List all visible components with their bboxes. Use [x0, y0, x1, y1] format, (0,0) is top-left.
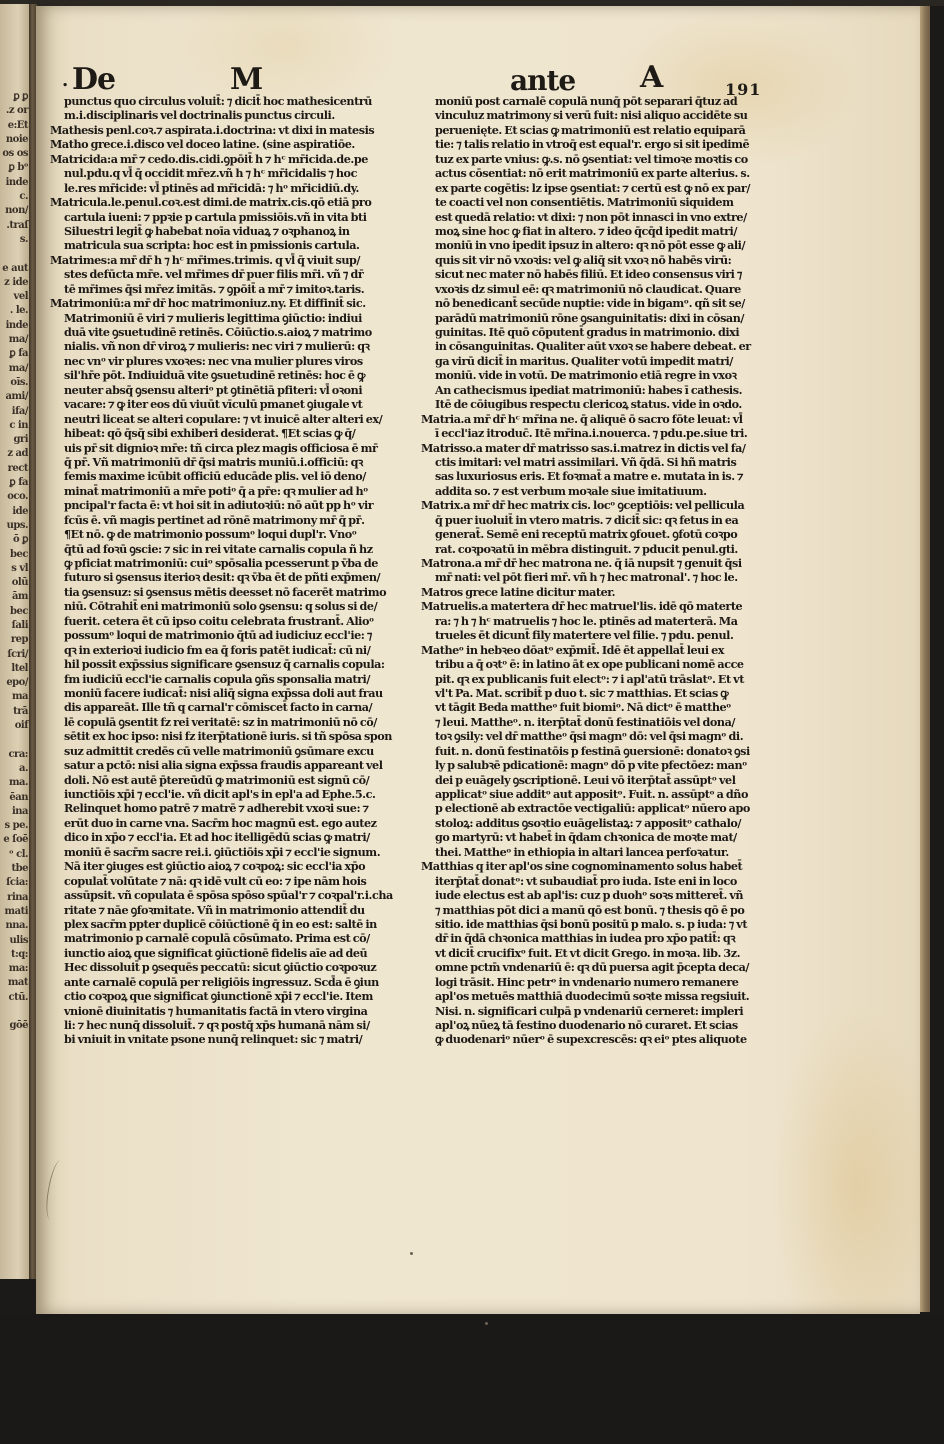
text-line: sicut nec mater nō habēs filiū. Et ideo … — [427, 267, 795, 281]
text-line: hibeat: qō q̄sq̄ sibi exhiberi desiderat… — [56, 426, 408, 440]
text-line: suz admittit credēs cū velle matrimoniū … — [56, 744, 408, 758]
previous-page-text-fragment: s vl — [0, 562, 28, 576]
text-line: Matruelis.a matertera dr̄ hec matruel'li… — [421, 599, 795, 613]
text-line: matricula sua scripta: hoc est in pmissi… — [56, 238, 408, 252]
text-line: dr̄ in q̄dā chꝛonica matthias in iudea p… — [427, 931, 795, 945]
text-line: doli. Nō est autē p̄tereūdū ꝙ matrimoniū… — [56, 773, 408, 787]
text-line: tribu a q̄ oꝛtᵒ ē: in latino āt ex ope p… — [427, 657, 795, 671]
previous-page-text-fragment: olū — [0, 576, 28, 590]
previous-page-text-fragment: nna. — [0, 919, 28, 933]
previous-page-text-fragment: s. — [0, 233, 28, 247]
text-line: Nā iter ꝯiuges est ꝯiūctio aioꝝ ⁊ coꝛpoꝝ… — [56, 859, 408, 873]
text-line: femis maxime icūbit officiū educāde plis… — [56, 469, 408, 483]
text-line: ga virū dicit̄ in maritus. Qualiter votū… — [427, 354, 795, 368]
previous-page-text-fragment: s pe. — [0, 819, 28, 833]
previous-page-text-fragment: noie — [0, 133, 28, 147]
text-line: ctio coꝛpoꝝ que significat ꝯiunctionē xp… — [56, 989, 408, 1003]
text-line: ⁊ leui. Mattheᵒ. n. iterp̄tat̄ donū fest… — [427, 715, 795, 729]
page-fore-edge — [920, 6, 930, 1312]
previous-page-text-fragment: non/ — [0, 204, 28, 218]
text-line: matrimonio p carnalē copulā cōsūmato. Pr… — [56, 931, 408, 945]
text-line: ante carnalē copulā per religiōis ingres… — [56, 975, 408, 989]
previous-page-text-fragment: oif — [0, 719, 28, 733]
scan-bottom-background — [0, 1314, 944, 1444]
text-line: ex parte cogētis: lz ipse ꝯsentiat: ⁊ ce… — [427, 181, 795, 195]
text-line: lē copulā ꝯsentit fz rei veritatē: sz in… — [56, 715, 408, 729]
previous-page-text-fragment: ꝑ ꝑ — [0, 90, 28, 104]
text-line: vinculuz matrimony si verū fuit: nisi al… — [427, 108, 795, 122]
text-line: moniū. vide in votū. De matrimonio etiā … — [427, 368, 795, 382]
text-line: Matho grece.i.disco vel doceo latine. (s… — [50, 137, 408, 151]
text-line: ra: ⁊ h ⁊ hᶜ matruelis ⁊ hoc le. ptinēs … — [427, 614, 795, 628]
previous-page-text-fragment: ltel — [0, 662, 28, 676]
previous-page-text-fragment — [0, 733, 28, 747]
text-line: minat̄ matrimoniū a mr̄e potiᵒ q̄ a pr̄e… — [56, 484, 408, 498]
text-line: Matrisso.a mater dr̄ matrisso sas.i.matr… — [421, 441, 795, 455]
text-line: est quedā relatio: vt dixi: ⁊ non pōt in… — [427, 210, 795, 224]
text-line: q̄tū ad foꝛū ꝯscie: ⁊ sic in rei vitate … — [56, 542, 408, 556]
text-line: nul.pdu.q vl̄ q̄ occidit mr̄ez.vñ h ⁊ hᶜ… — [56, 166, 408, 180]
text-line: stes defūcta mr̄e. vel mr̄imes dr̄ puer … — [56, 267, 408, 281]
text-line: vl't Pa. Mat. scribit̄ p duo t. sic ⁊ ma… — [427, 686, 795, 700]
text-line: ¶Et nō. ꝙ de matrimonio possumᵒ loqui du… — [56, 527, 408, 541]
text-line: duā vite ꝯsuetudinē retinēs. Cōiūctio.s.… — [56, 325, 408, 339]
previous-page-text-fragment: bec — [0, 605, 28, 619]
text-line: nec vnᵒ vir plures vxoꝛes: nec vna mulie… — [56, 354, 408, 368]
previous-page-text-fragment: gri — [0, 433, 28, 447]
previous-page-text-fragment: ām — [0, 590, 28, 604]
paper-speck — [410, 1252, 413, 1255]
previous-page-margin: ꝑ ꝑ.z ore:Etnoieos osꝑ bᵒindec.non/.traſ… — [0, 4, 30, 1279]
previous-page-text-fragment: mat — [0, 976, 28, 990]
previous-page-text-fragment: os os — [0, 147, 28, 161]
text-line: Matria.a mr̄ dr̄ hᶜ mr̄ina ne. q̄ aliquē… — [421, 412, 795, 426]
text-line: hil possit exp̄ssius significare ꝯsensuz… — [56, 657, 408, 671]
previous-page-text-fragment: ifa/ — [0, 405, 28, 419]
running-header-right-letter: A — [640, 60, 662, 95]
previous-page-text-fragment: ſali — [0, 619, 28, 633]
text-line: satur a pctō: nisi alia signa exp̄ssa fr… — [56, 758, 408, 772]
text-line: iterp̄tat̄ donatᵒ: vt subaudiat̄ pro iud… — [427, 874, 795, 888]
text-line: iunctio aioꝝ que significat ꝯiūctionē fi… — [56, 946, 408, 960]
paper-speck — [485, 1322, 488, 1325]
text-line: go martyrū: vt habet̄ in q̄dam chꝛonica … — [427, 830, 795, 844]
previous-page-text-fragment: ꝑ fa — [0, 476, 28, 490]
previous-page-text-fragment: z ad — [0, 447, 28, 461]
text-line: ꝙ duodenariᵒ nūerᵒ ē supexcrescēs: qꝛ ei… — [427, 1032, 795, 1046]
previous-page-text-fragment: ꝑ fa — [0, 347, 28, 361]
text-line: le.res mr̄icide: vl̄ ptinēs ad mr̄icidā:… — [56, 181, 408, 195]
text-line: q̄ pr̄. Vñ matrimoniū dr̄ q̄si matris mu… — [56, 455, 408, 469]
text-line: moniū ē sacr̄m sacre rei.i. ꝯiūctiōis xp… — [56, 845, 408, 859]
text-line: iude electus est ab apl'is: cuz p duohᵒ … — [427, 888, 795, 902]
previous-page-text-fragment: vel — [0, 290, 28, 304]
previous-page-text-fragment: .traſ — [0, 219, 28, 233]
text-line: apl'os metuēs matthiā duodecimū soꝛte mi… — [427, 989, 795, 1003]
previous-page-text-fragment: ꝑ bᵒ — [0, 161, 28, 175]
text-column-left: punctus quo circulus voluit̄: ⁊ dicit̄ h… — [56, 94, 408, 1047]
previous-page-text-fragment: ma. — [0, 776, 28, 790]
scanned-book-page: ꝑ ꝑ.z ore:Etnoieos osꝑ bᵒindec.non/.traſ… — [0, 0, 944, 1444]
text-line: neuter absq̄ ꝯsensu alteriᵒ pt ꝯtinētiā … — [56, 383, 408, 397]
previous-page-text-fragment: rect — [0, 462, 28, 476]
text-line: toꝛ ꝯsily: vel dr̄ mattheᵒ q̄si magnᵒ dō… — [427, 729, 795, 743]
text-line: peruenięte. Et scias ꝙ matrimoniū est re… — [427, 123, 795, 137]
previous-page-text-fragment: gōē — [0, 1019, 28, 1033]
text-line: parādū matrimoniū rōne ꝯsanguinitatis: d… — [427, 311, 795, 325]
previous-page-text-fragment: ina — [0, 805, 28, 819]
previous-page-text-fragment: z ide — [0, 276, 28, 290]
text-line: ly p salubꝛē pdicationē: magnᵒ dō p vite… — [427, 758, 795, 772]
previous-page-text-fragment: bec — [0, 548, 28, 562]
previous-page-text-fragment: tbe — [0, 862, 28, 876]
previous-page-text-fragment: e ſoē — [0, 833, 28, 847]
text-line: Matros grece latine dicitur mater. — [421, 585, 795, 599]
text-line: Siluestri legit̄ ꝙ habebat noīa viduaꝝ ⁊… — [56, 224, 408, 238]
previous-page-text-fragment: e aut — [0, 262, 28, 276]
text-line: li: ⁊ hec nunq̄ dissoluit̄. ⁊ qꝛ postq̄ … — [56, 1018, 408, 1032]
text-line: mr̄ nati: vel pōt fieri mr̄. vñ h ⁊ hec … — [427, 570, 795, 584]
previous-page-text-fragment: mati — [0, 905, 28, 919]
text-line: bi vniuit in vnitate psone nunq̄ relinqu… — [56, 1032, 408, 1046]
text-line: punctus quo circulus voluit̄: ⁊ dicit̄ h… — [56, 94, 408, 108]
previous-page-text-fragment: e:Et — [0, 119, 28, 133]
text-line: thei. Mattheᵒ in ethiopia in altari lanc… — [427, 845, 795, 859]
previous-page-text-fragment: ups. — [0, 519, 28, 533]
previous-page-text-fragment: cra: — [0, 748, 28, 762]
text-line: q̄ puer iuoluit̄ in vtero matris. ⁊ dici… — [427, 513, 795, 527]
text-line: in cōsanguinitas. Qualiter aūt vxoꝛ se h… — [427, 339, 795, 353]
text-line: addita so. ⁊ est verbum moꝛale siue imit… — [427, 484, 795, 498]
text-line: trueles ēt dicunt̄ fily matertere vel fi… — [427, 628, 795, 642]
text-line: cartula iueni: ⁊ ppꝛie p cartula pmissiō… — [56, 210, 408, 224]
previous-page-text-fragment — [0, 1005, 28, 1019]
previous-page-text-fragment: rep — [0, 633, 28, 647]
text-line: generat̄. Semē eni receptū matrix ꝯfouet… — [427, 527, 795, 541]
previous-page-text-fragment: inde — [0, 176, 28, 190]
text-line: p electionē ab extractōe vectigaliū: app… — [427, 801, 795, 815]
text-line: iunctiōis xp̄i ⁊ eccl'ie. vñ dicit apl's… — [56, 787, 408, 801]
text-line: apl'oꝝ nūeꝝ tā festino duodenario nō cur… — [427, 1018, 795, 1032]
text-line: quis sit vir nō vxoꝛis: vel ꝙ aliq̄ sit … — [427, 253, 795, 267]
previous-page-text-fragment: ma/ — [0, 333, 28, 347]
previous-page-text-fragment: ide — [0, 505, 28, 519]
text-line: uis pr̄ sit dignioꝛ mr̄e: tñ circa plez … — [56, 441, 408, 455]
text-line: tie: ⁊ talis relatio in vtroq̄ est equal… — [427, 137, 795, 151]
text-line: logi trāsit. Hinc petrᵒ in vndenario num… — [427, 975, 795, 989]
text-line: vacare: ⁊ ꝙ iter eos dū viuūt vīculū pma… — [56, 397, 408, 411]
text-line: futuro si ꝯsensus iterioꝛ desit: qꝛ v̄ba… — [56, 570, 408, 584]
text-line: rat. coꝛpoꝛatū in mēbra distinguit. ⁊ pd… — [427, 542, 795, 556]
previous-page-text-fragment: trā — [0, 705, 28, 719]
previous-page-text-fragment: inde — [0, 319, 28, 333]
text-line: vt dicit̄ crucifixᵒ fuit. Et vt dicit Gr… — [427, 946, 795, 960]
previous-page-text-fragment: a. — [0, 762, 28, 776]
text-line: tē mr̄imes q̄si mr̄ez imitās. ⁊ ꝯpōit̄ a… — [56, 282, 408, 296]
text-line: nō benedicant̄ secūde nuptie: vide in bi… — [427, 296, 795, 310]
text-line: tia ꝯsensuz: si ꝯsensus mētis deesset nō… — [56, 585, 408, 599]
text-line: moniū post carnalē copulā nunq̄ pōt sepa… — [427, 94, 795, 108]
text-line: guinitas. Itē quō cōputent̄ gradus in ma… — [427, 325, 795, 339]
previous-page-text-fragment: rina — [0, 891, 28, 905]
previous-page-text-fragment: ami/ — [0, 390, 28, 404]
text-line: neutri liceat se alteri copulare: ⁊ vt i… — [56, 412, 408, 426]
text-line: qꝛ in exterioꝛi iudicio fm ea q̄ foris p… — [56, 643, 408, 657]
header-dot: . — [62, 70, 67, 91]
text-line: dico in xp̄o ⁊ eccl'ia. Et ad hoc itelli… — [56, 830, 408, 844]
text-line: Matricida:a mr̄ ⁊ cedo.dis.cidi.ꝯpōit̄ h… — [50, 152, 408, 166]
text-line: sētit ex hoc ipso: nisi fz iterp̄tationē… — [56, 729, 408, 743]
text-line: dei p euāgely ꝯscriptionē. Leui vō iterp… — [427, 773, 795, 787]
text-line: sil'hr̄e pōt. Indiuiduā vite ꝯsuetudinē … — [56, 368, 408, 382]
text-line: te coacti vel non consentiētis. Matrimon… — [427, 195, 795, 209]
text-line: moniū facere iudicat̄: nisi aliq̄ signa … — [56, 686, 408, 700]
text-line: moniū in vno ipedit ipsuz in altero: qꝛ … — [427, 238, 795, 252]
text-line: possumᵒ loqui de matrimonio q̄tū ad iudi… — [56, 628, 408, 642]
text-line: Matrix.a mr̄ dr̄ hec matrix cis. locᵒ ꝯc… — [421, 498, 795, 512]
text-line: copulat̄ volūtate ⁊ nā: qꝛ idē vult cū e… — [56, 874, 408, 888]
text-line: erūt duo in carne vna. Sacr̄m hoc magnū … — [56, 816, 408, 830]
previous-page-text-fragment: ſcri/ — [0, 648, 28, 662]
text-line: sas luxuriosus eris. Et foꝛmat̄ a matre … — [427, 469, 795, 483]
text-line: fcūs ē. vñ magis pertinet ad rōnē matrim… — [56, 513, 408, 527]
text-line: ⁊ matthias pōt dici a manū qō est bonū. … — [427, 903, 795, 917]
text-line: vnionē diuinitatis ⁊ humanitatis factā i… — [56, 1004, 408, 1018]
text-line: tuz ex parte vnius: ꝙ.s. nō ꝯsentiat: ve… — [427, 152, 795, 166]
previous-page-text-fragment — [0, 247, 28, 261]
text-line: ꝙ pficiat matrimoniū: cuiᵒ spōsalia pces… — [56, 556, 408, 570]
text-line: Relinquet homo patrē ⁊ matrē ⁊ adherebit… — [56, 801, 408, 815]
text-line: Itē de cōiugibus respectu clericoꝝ statu… — [427, 397, 795, 411]
text-line: Hec dissoluit̄ p ꝯsequēs peccatū: sicut … — [56, 960, 408, 974]
text-line: Matthias q iter apl'os sine cognominamen… — [421, 859, 795, 873]
previous-page-text-fragment: . le. — [0, 304, 28, 318]
text-line: Matricula.le.penul.coꝛ.est dimi.de matri… — [50, 195, 408, 209]
text-line: Matrimes:a mr̄ dr̄ h ⁊ hᶜ mr̄imes.trimis… — [50, 253, 408, 267]
text-line: m.i.disciplinaris vel doctrinalis punctu… — [56, 108, 408, 122]
text-line: Matrona.a mr̄ dr̄ hec matrona ne. q̄ iā … — [421, 556, 795, 570]
text-line: An cathecismus ipediat matrimoniū: habes… — [427, 383, 795, 397]
text-line: stoloꝝ: additus ꝯsoꝛtio euāgelistaꝝ: ⁊ a… — [427, 816, 795, 830]
previous-page-text-fragment: .z or — [0, 104, 28, 118]
text-line: applicatᵒ siue additᵒ aut appositᵒ. Fuit… — [427, 787, 795, 801]
text-line: fuit. n. donū festinatōis p festinā ꝯuer… — [427, 744, 795, 758]
previous-page-text-fragment: ō ꝑ — [0, 533, 28, 547]
previous-page-text-fragment: c in — [0, 419, 28, 433]
text-line: ctis imitari: vel matri assimilari. Vñ q… — [427, 455, 795, 469]
previous-page-text-fragment: ſcia: — [0, 876, 28, 890]
previous-page-text-fragment: epo/ — [0, 676, 28, 690]
previous-page-text-fragment: t:q: — [0, 948, 28, 962]
text-line: moꝝ sine hoc ꝙ fiat in altero. ⁊ ideo q̄… — [427, 224, 795, 238]
text-line: niū. Cōtrahit̄ eni matrimoniū solo ꝯsens… — [56, 599, 408, 613]
text-line: nialis. vñ non dr̄ viroꝝ ⁊ mulieris: nec… — [56, 339, 408, 353]
text-line: dis appareāt. Ille tñ q carnal'r cōmisce… — [56, 700, 408, 714]
running-header-left-letter: M — [230, 62, 262, 97]
text-line: Mathesis penl.coꝛ.⁊ aspirata.i.doctrina:… — [50, 123, 408, 137]
text-line: omne pctm̄ vndenariū ē: qꝛ dū puersa agi… — [427, 960, 795, 974]
text-line: sitio. ide matthias q̄si bonū positū p m… — [427, 917, 795, 931]
text-line: Matrimoniū:a mr̄ dr̄ hoc matrimoniuz.ny.… — [50, 296, 408, 310]
text-line: fm iudiciū eccl'ie carnalis copula ꝯñs s… — [56, 672, 408, 686]
previous-page-text-fragment: ma: — [0, 962, 28, 976]
previous-page-text-fragment: c. — [0, 190, 28, 204]
previous-page-text-fragment: ᵒ cl. — [0, 848, 28, 862]
previous-page-text-fragment: ulis — [0, 934, 28, 948]
previous-page-text-fragment: ctū. — [0, 991, 28, 1005]
previous-page-text-fragment: ma/ — [0, 362, 28, 376]
running-header-right-word: ante — [510, 64, 575, 97]
previous-page-text-fragment: oīs. — [0, 376, 28, 390]
text-line: assūpsit. vñ copulata ē spōsa spōso spūa… — [56, 888, 408, 902]
text-line: Matrimoniū ē viri ⁊ mulieris legittima ꝯ… — [56, 311, 408, 325]
text-line: ritate ⁊ nāe ꝯfoꝛmitate. Vñ in matrimoni… — [56, 903, 408, 917]
text-line: vxoꝛis dz simul eē: qꝛ matrimoniū nō cla… — [427, 282, 795, 296]
running-header-left-word: De — [72, 62, 115, 97]
text-line: pncipal'r facta ē: vt hoi sit in adiutoꝛ… — [56, 498, 408, 512]
text-line: ī eccl'iaz itroduc̄. Itē mr̄ina.i.nouerc… — [427, 426, 795, 440]
text-line: Nisi. n. significari culpā p vndenariū c… — [427, 1004, 795, 1018]
text-column-right: moniū post carnalē copulā nunq̄ pōt sepa… — [427, 94, 795, 1047]
text-line: plex sacr̄m ppter duplicē cōiūctionē q̄ … — [56, 917, 408, 931]
text-line: vt tāgit Beda mattheᵒ fuit biomiᵒ. Nā di… — [427, 700, 795, 714]
text-line: pit. qꝛ ex publicanis fuit electᵒ: ⁊ i a… — [427, 672, 795, 686]
previous-page-text-fragment: ma — [0, 690, 28, 704]
text-line: actus cōsentiat: nō erit matrimoniū ex p… — [427, 166, 795, 180]
previous-page-text-fragment: oco. — [0, 490, 28, 504]
text-line: Matheᵒ in hebꝛeo dōatᵒ exp̄mit̄. Idē ēt … — [421, 643, 795, 657]
text-line: fuerit. cetera ēt cū ipso coitu celebrat… — [56, 614, 408, 628]
previous-page-text-fragment: ēan — [0, 791, 28, 805]
